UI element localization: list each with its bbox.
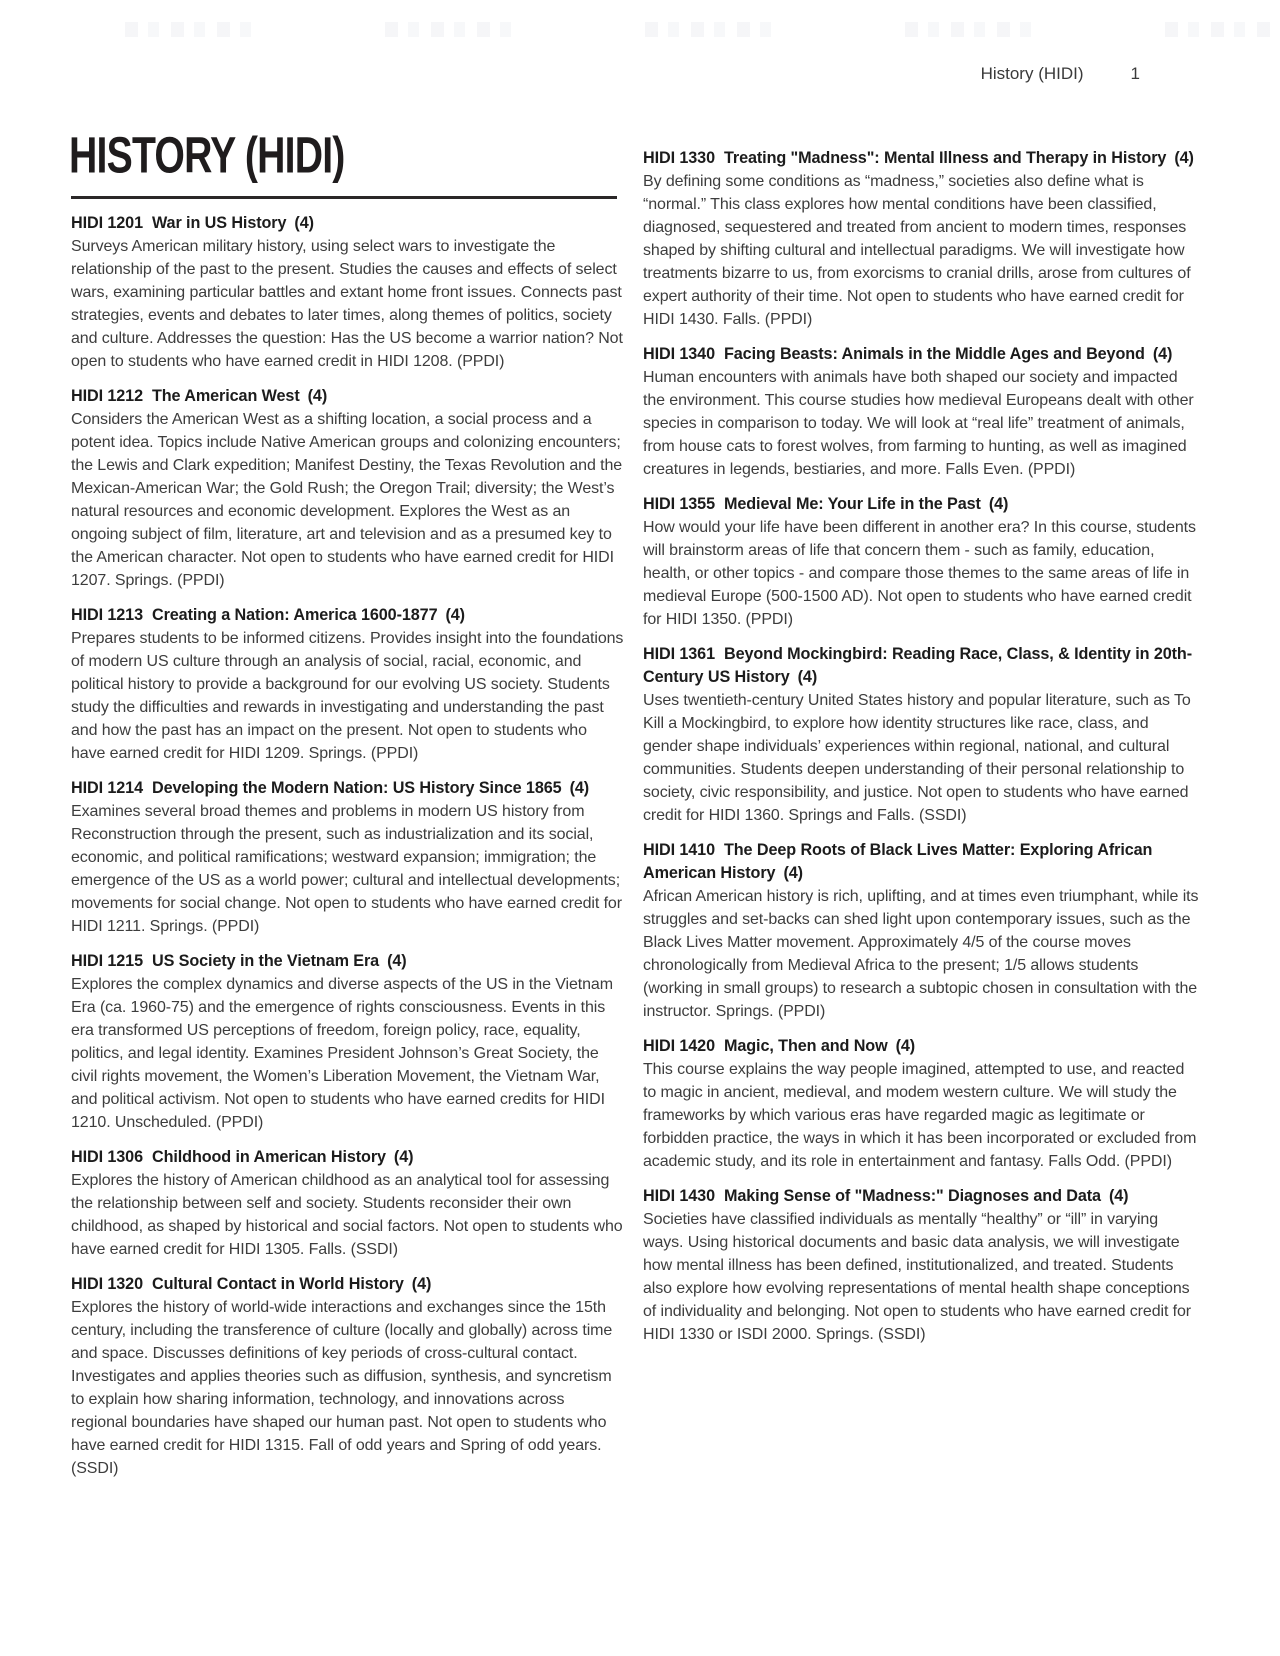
course-title: The American West — [152, 387, 300, 405]
course-title: Beyond Mockingbird: Reading Race, Class,… — [643, 645, 1192, 686]
course-code: HIDI 1214 — [71, 779, 143, 797]
course-title: Cultural Contact in World History — [152, 1275, 404, 1293]
course-credits: (4) — [412, 1275, 431, 1293]
course-code: HIDI 1212 — [71, 387, 143, 405]
course-description: Human encounters with animals have both … — [643, 366, 1199, 481]
course-code: HIDI 1361 — [643, 645, 715, 663]
scan-artifact — [1165, 22, 1280, 37]
course-title: Childhood in American History — [152, 1148, 386, 1166]
course-title: Making Sense of "Madness:" Diagnoses and… — [724, 1187, 1101, 1205]
course-credits: (4) — [445, 606, 464, 624]
course-code: HIDI 1306 — [71, 1148, 143, 1166]
course-description: Explores the complex dynamics and divers… — [71, 973, 624, 1134]
course-credits: (4) — [798, 668, 817, 686]
course-credits: (4) — [896, 1037, 915, 1055]
course-description: Prepares students to be informed citizen… — [71, 627, 624, 765]
course-entry: HIDI 1320Cultural Contact in World Histo… — [71, 1273, 624, 1480]
course-description: This course explains the way people imag… — [643, 1058, 1199, 1173]
course-entry: HIDI 1410The Deep Roots of Black Lives M… — [643, 839, 1199, 1023]
course-description: By defining some conditions as “madness,… — [643, 170, 1199, 331]
course-entry: HIDI 1213Creating a Nation: America 1600… — [71, 604, 624, 765]
course-code: HIDI 1340 — [643, 345, 715, 363]
scan-artifact-row — [0, 22, 1280, 38]
page-title: HISTORY (HIDI) — [69, 127, 345, 185]
course-entry: HIDI 1340Facing Beasts: Animals in the M… — [643, 343, 1199, 481]
course-heading: HIDI 1340Facing Beasts: Animals in the M… — [643, 343, 1199, 366]
course-title: The Deep Roots of Black Lives Matter: Ex… — [643, 841, 1152, 882]
course-credits: (4) — [1174, 149, 1193, 167]
course-heading: HIDI 1215US Society in the Vietnam Era(4… — [71, 950, 624, 973]
course-heading: HIDI 1214Developing the Modern Nation: U… — [71, 777, 624, 800]
course-heading: HIDI 1420Magic, Then and Now(4) — [643, 1035, 1199, 1058]
course-title: Magic, Then and Now — [724, 1037, 888, 1055]
course-description: Explores the history of world-wide inter… — [71, 1296, 624, 1480]
scan-artifact — [905, 22, 1043, 37]
course-heading: HIDI 1330Treating "Madness": Mental Illn… — [643, 147, 1199, 170]
course-code: HIDI 1420 — [643, 1037, 715, 1055]
course-entry: HIDI 1212The American West(4) Considers … — [71, 385, 624, 592]
course-title: Medieval Me: Your Life in the Past — [724, 495, 981, 513]
course-entry: HIDI 1430Making Sense of "Madness:" Diag… — [643, 1185, 1199, 1346]
course-description: Uses twentieth-century United States his… — [643, 689, 1199, 827]
course-credits: (4) — [570, 779, 589, 797]
course-description: How would your life have been different … — [643, 516, 1199, 631]
course-entry: HIDI 1361Beyond Mockingbird: Reading Rac… — [643, 643, 1199, 827]
course-description: Surveys American military history, using… — [71, 235, 624, 373]
course-credits: (4) — [294, 214, 313, 232]
course-entry: HIDI 1214Developing the Modern Nation: U… — [71, 777, 624, 938]
course-code: HIDI 1410 — [643, 841, 715, 859]
course-description: Examines several broad themes and proble… — [71, 800, 624, 938]
course-title: Treating "Madness": Mental Illness and T… — [724, 149, 1166, 167]
course-code: HIDI 1201 — [71, 214, 143, 232]
course-heading: HIDI 1410The Deep Roots of Black Lives M… — [643, 839, 1199, 885]
course-heading: HIDI 1213Creating a Nation: America 1600… — [71, 604, 624, 627]
course-code: HIDI 1355 — [643, 495, 715, 513]
course-description: African American history is rich, uplift… — [643, 885, 1199, 1023]
course-title: Creating a Nation: America 1600-1877 — [152, 606, 438, 624]
running-header-title: History (HIDI) — [981, 64, 1084, 84]
course-credits: (4) — [308, 387, 327, 405]
course-title: Facing Beasts: Animals in the Middle Age… — [724, 345, 1145, 363]
course-credits: (4) — [394, 1148, 413, 1166]
course-credits: (4) — [1109, 1187, 1128, 1205]
course-entry: HIDI 1306Childhood in American History(4… — [71, 1146, 624, 1261]
catalog-page: History (HIDI) 1 HISTORY (HIDI) HIDI 120… — [0, 0, 1280, 1656]
course-description: Considers the American West as a shiftin… — [71, 408, 624, 592]
scan-artifact — [125, 22, 263, 37]
course-entry: HIDI 1420Magic, Then and Now(4) This cou… — [643, 1035, 1199, 1173]
course-heading: HIDI 1361Beyond Mockingbird: Reading Rac… — [643, 643, 1199, 689]
course-code: HIDI 1430 — [643, 1187, 715, 1205]
course-entry: HIDI 1201War in US History(4) Surveys Am… — [71, 212, 624, 373]
course-credits: (4) — [783, 864, 802, 882]
scan-artifact — [645, 22, 783, 37]
course-heading: HIDI 1201War in US History(4) — [71, 212, 624, 235]
course-code: HIDI 1320 — [71, 1275, 143, 1293]
left-column: HIDI 1201War in US History(4) Surveys Am… — [71, 212, 624, 1492]
right-column: HIDI 1330Treating "Madness": Mental Illn… — [643, 147, 1199, 1358]
course-heading: HIDI 1212The American West(4) — [71, 385, 624, 408]
course-title: War in US History — [152, 214, 286, 232]
page-number: 1 — [1131, 64, 1140, 84]
course-description: Societies have classified individuals as… — [643, 1208, 1199, 1346]
course-heading: HIDI 1306Childhood in American History(4… — [71, 1146, 624, 1169]
course-entry: HIDI 1355Medieval Me: Your Life in the P… — [643, 493, 1199, 631]
course-credits: (4) — [387, 952, 406, 970]
course-credits: (4) — [1153, 345, 1172, 363]
course-heading: HIDI 1430Making Sense of "Madness:" Diag… — [643, 1185, 1199, 1208]
course-title: US Society in the Vietnam Era — [152, 952, 379, 970]
course-code: HIDI 1213 — [71, 606, 143, 624]
course-heading: HIDI 1320Cultural Contact in World Histo… — [71, 1273, 624, 1296]
course-entry: HIDI 1215US Society in the Vietnam Era(4… — [71, 950, 624, 1134]
title-rule — [71, 196, 617, 199]
course-title: Developing the Modern Nation: US History… — [152, 779, 562, 797]
course-code: HIDI 1330 — [643, 149, 715, 167]
course-description: Explores the history of American childho… — [71, 1169, 624, 1261]
course-heading: HIDI 1355Medieval Me: Your Life in the P… — [643, 493, 1199, 516]
course-credits: (4) — [989, 495, 1008, 513]
course-code: HIDI 1215 — [71, 952, 143, 970]
course-entry: HIDI 1330Treating "Madness": Mental Illn… — [643, 147, 1199, 331]
scan-artifact — [385, 22, 523, 37]
running-header: History (HIDI) 1 — [981, 64, 1140, 84]
